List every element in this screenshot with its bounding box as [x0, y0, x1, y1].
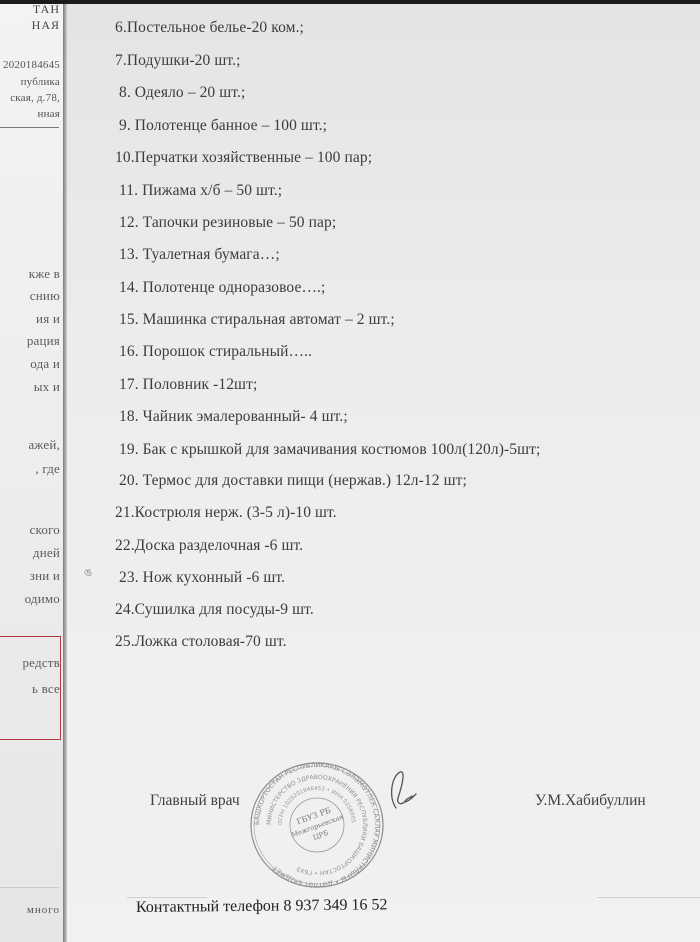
back-address-line: 2020184645 — [3, 59, 60, 71]
official-stamp-icon: БАШКОРТОСТАН РЕСПУБЛИКАҺЫ СӘЛӘМӘТЛЕК САҠ… — [247, 760, 387, 890]
list-item: 9. Полотенце банное – 100 шт.; — [119, 117, 327, 135]
ink-speck: ঙ — [84, 564, 92, 583]
document-page: 6.Постельное белье-20 ком.;7.Подушки-20 … — [67, 4, 700, 942]
background-page: ТАН НАЯ 2020184645 публика ская, д.78, н… — [0, 4, 63, 942]
back-body-line: кже в — [29, 266, 60, 282]
list-item: 23. Нож кухонный -6 шт. — [119, 569, 285, 587]
back-boxed-line: редств — [22, 655, 60, 671]
list-item: 15. Машинка стиральная автомат – 2 шт.; — [119, 311, 395, 329]
list-item: 14. Полотенце одноразовое….; — [119, 279, 325, 297]
list-item: 16. Порошок стиральный….. — [119, 343, 312, 361]
list-item: 6.Постельное белье-20 ком.; — [115, 19, 304, 37]
back-header-line: НАЯ — [32, 18, 60, 33]
back-body-line: ых и — [34, 379, 60, 395]
list-item: 17. Половник -12шт; — [119, 376, 257, 394]
back-body-line: снию — [30, 288, 60, 304]
list-item: 20. Термос для доставки пищи (нержав.) 1… — [119, 472, 467, 490]
list-item: 21.Кострюля нерж. (3-5 л)-10 шт. — [115, 504, 337, 522]
list-item: 18. Чайник эмалерованный- 4 шт.; — [119, 408, 348, 426]
footer-divider — [0, 887, 59, 888]
back-body-line: одимо — [25, 591, 60, 607]
list-item: 12. Тапочки резиновые – 50 пар; — [119, 214, 336, 232]
contact-phone: Контактный телефон 8 937 349 16 52 — [136, 896, 388, 917]
list-item: 19. Бак с крышкой для замачивания костюм… — [119, 441, 540, 459]
back-address-line: публика — [21, 76, 60, 88]
back-body-line: рация — [27, 333, 60, 349]
list-item: 11. Пижама х/б – 50 шт.; — [119, 182, 282, 200]
back-boxed-line: ь все — [32, 681, 60, 697]
back-body-line: ского — [30, 522, 60, 538]
back-body-line: ия и — [36, 311, 60, 327]
back-address-line: нная — [37, 108, 60, 120]
back-body-line: зни и — [30, 568, 60, 584]
list-item: 8. Одеяло – 20 шт.; — [119, 84, 245, 102]
back-body-line: ода и — [30, 356, 60, 372]
handwritten-signature-icon — [382, 768, 422, 816]
back-footer-text: много — [27, 904, 60, 916]
list-item: 10.Перчатки хозяйственные – 100 пар; — [115, 149, 372, 167]
list-item: 13. Туалетная бумага…; — [119, 246, 280, 264]
back-body-line: дней — [33, 545, 60, 561]
back-body-line: , где — [35, 461, 60, 477]
back-header-line: ТАН — [33, 4, 60, 17]
signatory-name: У.М.Хабибуллин — [535, 792, 646, 810]
back-body-line: ажей, — [28, 437, 60, 453]
list-item: 24.Сушилка для посуды-9 шт. — [115, 601, 314, 619]
list-item: 22.Доска разделочная -6 шт. — [115, 537, 303, 555]
header-divider — [0, 127, 59, 128]
signatory-title: Главный врач — [150, 792, 240, 810]
list-item: 25.Ложка столовая-70 шт. — [115, 633, 287, 651]
faint-line — [597, 897, 700, 898]
back-address-line: ская, д.78, — [10, 92, 60, 104]
list-item: 7.Подушки-20 шт.; — [115, 52, 240, 70]
